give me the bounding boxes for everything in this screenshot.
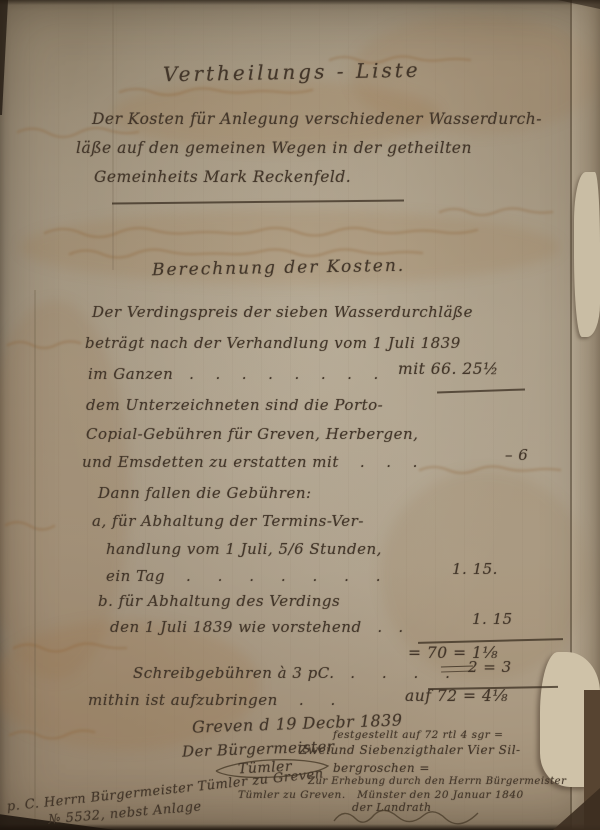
body-line: Der Verdingspreis der sieben Wasserdurch… xyxy=(92,303,473,321)
sum-in-words: bergroschen = xyxy=(333,761,430,775)
torn-edge-strip xyxy=(572,0,600,830)
torn-paper-patch xyxy=(540,652,600,787)
section-heading: Berechnung der Kosten. xyxy=(152,256,406,280)
amount-underline xyxy=(437,388,525,393)
body-line: dem Unterzeichneten sind die Porto- xyxy=(86,396,383,414)
total-value: auf 72 = 4⅛ xyxy=(405,687,508,705)
intro-line: läße auf den gemeinen Wegen in der gethe… xyxy=(76,139,472,157)
amount-value: 1. 15 xyxy=(472,610,513,628)
landrath-line: der Landrath xyxy=(352,801,432,814)
intro-underline xyxy=(112,199,404,204)
body-line: beträgt nach der Verhandlung vom 1 Juli … xyxy=(85,334,461,352)
page-title: Vertheilungs - Liste xyxy=(163,58,421,86)
body-line: mithin ist aufzubringen . . xyxy=(88,691,336,709)
body-line: ein Tag . . . . . . . xyxy=(106,567,381,585)
intro-line: Der Kosten für Anlegung verschiedener Wa… xyxy=(92,110,542,128)
amount-value: – 6 xyxy=(505,446,528,464)
corner-bottom-right xyxy=(553,788,600,830)
fold-line xyxy=(34,290,36,830)
body-line: b. für Abhaltung des Verdings xyxy=(98,592,340,610)
sum-rule xyxy=(418,638,563,643)
amount-value: 2 = 3 xyxy=(468,658,512,676)
corner-top-right xyxy=(558,0,600,9)
amount-value: mit 66. 25½ xyxy=(398,360,499,378)
dark-edge-gap xyxy=(584,690,600,830)
intro-line: Gemeinheits Mark Reckenfeld. xyxy=(94,168,351,186)
fold-line xyxy=(112,0,114,270)
erhebung-line: Tümler zu Greven. Münster den 20 Januar … xyxy=(238,789,524,801)
page-edge-left-top xyxy=(0,0,8,115)
page-edge-top xyxy=(0,0,600,5)
festgestellt-note: festgestellt auf 72 rtl 4 sgr = xyxy=(333,729,503,741)
page-crease xyxy=(570,0,572,830)
body-line: im Ganzen . . . . . . . . xyxy=(88,365,379,383)
body-line: Dann fallen die Gebühren: xyxy=(98,484,312,502)
erhebung-line: Zur Erhebung durch den Herrn Bürgermeist… xyxy=(308,776,566,787)
body-line: den 1 Juli 1839 wie vorstehend . . xyxy=(110,618,404,636)
body-line: a, für Abhaltung der Termins-Ver- xyxy=(92,512,364,530)
amount-value: 1. 15. xyxy=(452,560,498,578)
manuscript-page: Vertheilungs - Liste Der Kosten für Anle… xyxy=(0,0,600,830)
body-line: Schreibgebühren à 3 pC. . . . . xyxy=(133,664,450,682)
torn-paper-patch xyxy=(574,172,600,337)
sum-in-words: Zweiund Siebenzigthaler Vier Sil- xyxy=(299,743,521,757)
body-line: und Emsdetten zu erstatten mit . . . xyxy=(82,453,418,471)
page-edge-bottom xyxy=(0,824,600,830)
body-line: Copial-Gebühren für Greven, Herbergen, xyxy=(86,425,418,443)
body-line: handlung vom 1 Juli, 5/6 Stunden, xyxy=(106,540,382,558)
